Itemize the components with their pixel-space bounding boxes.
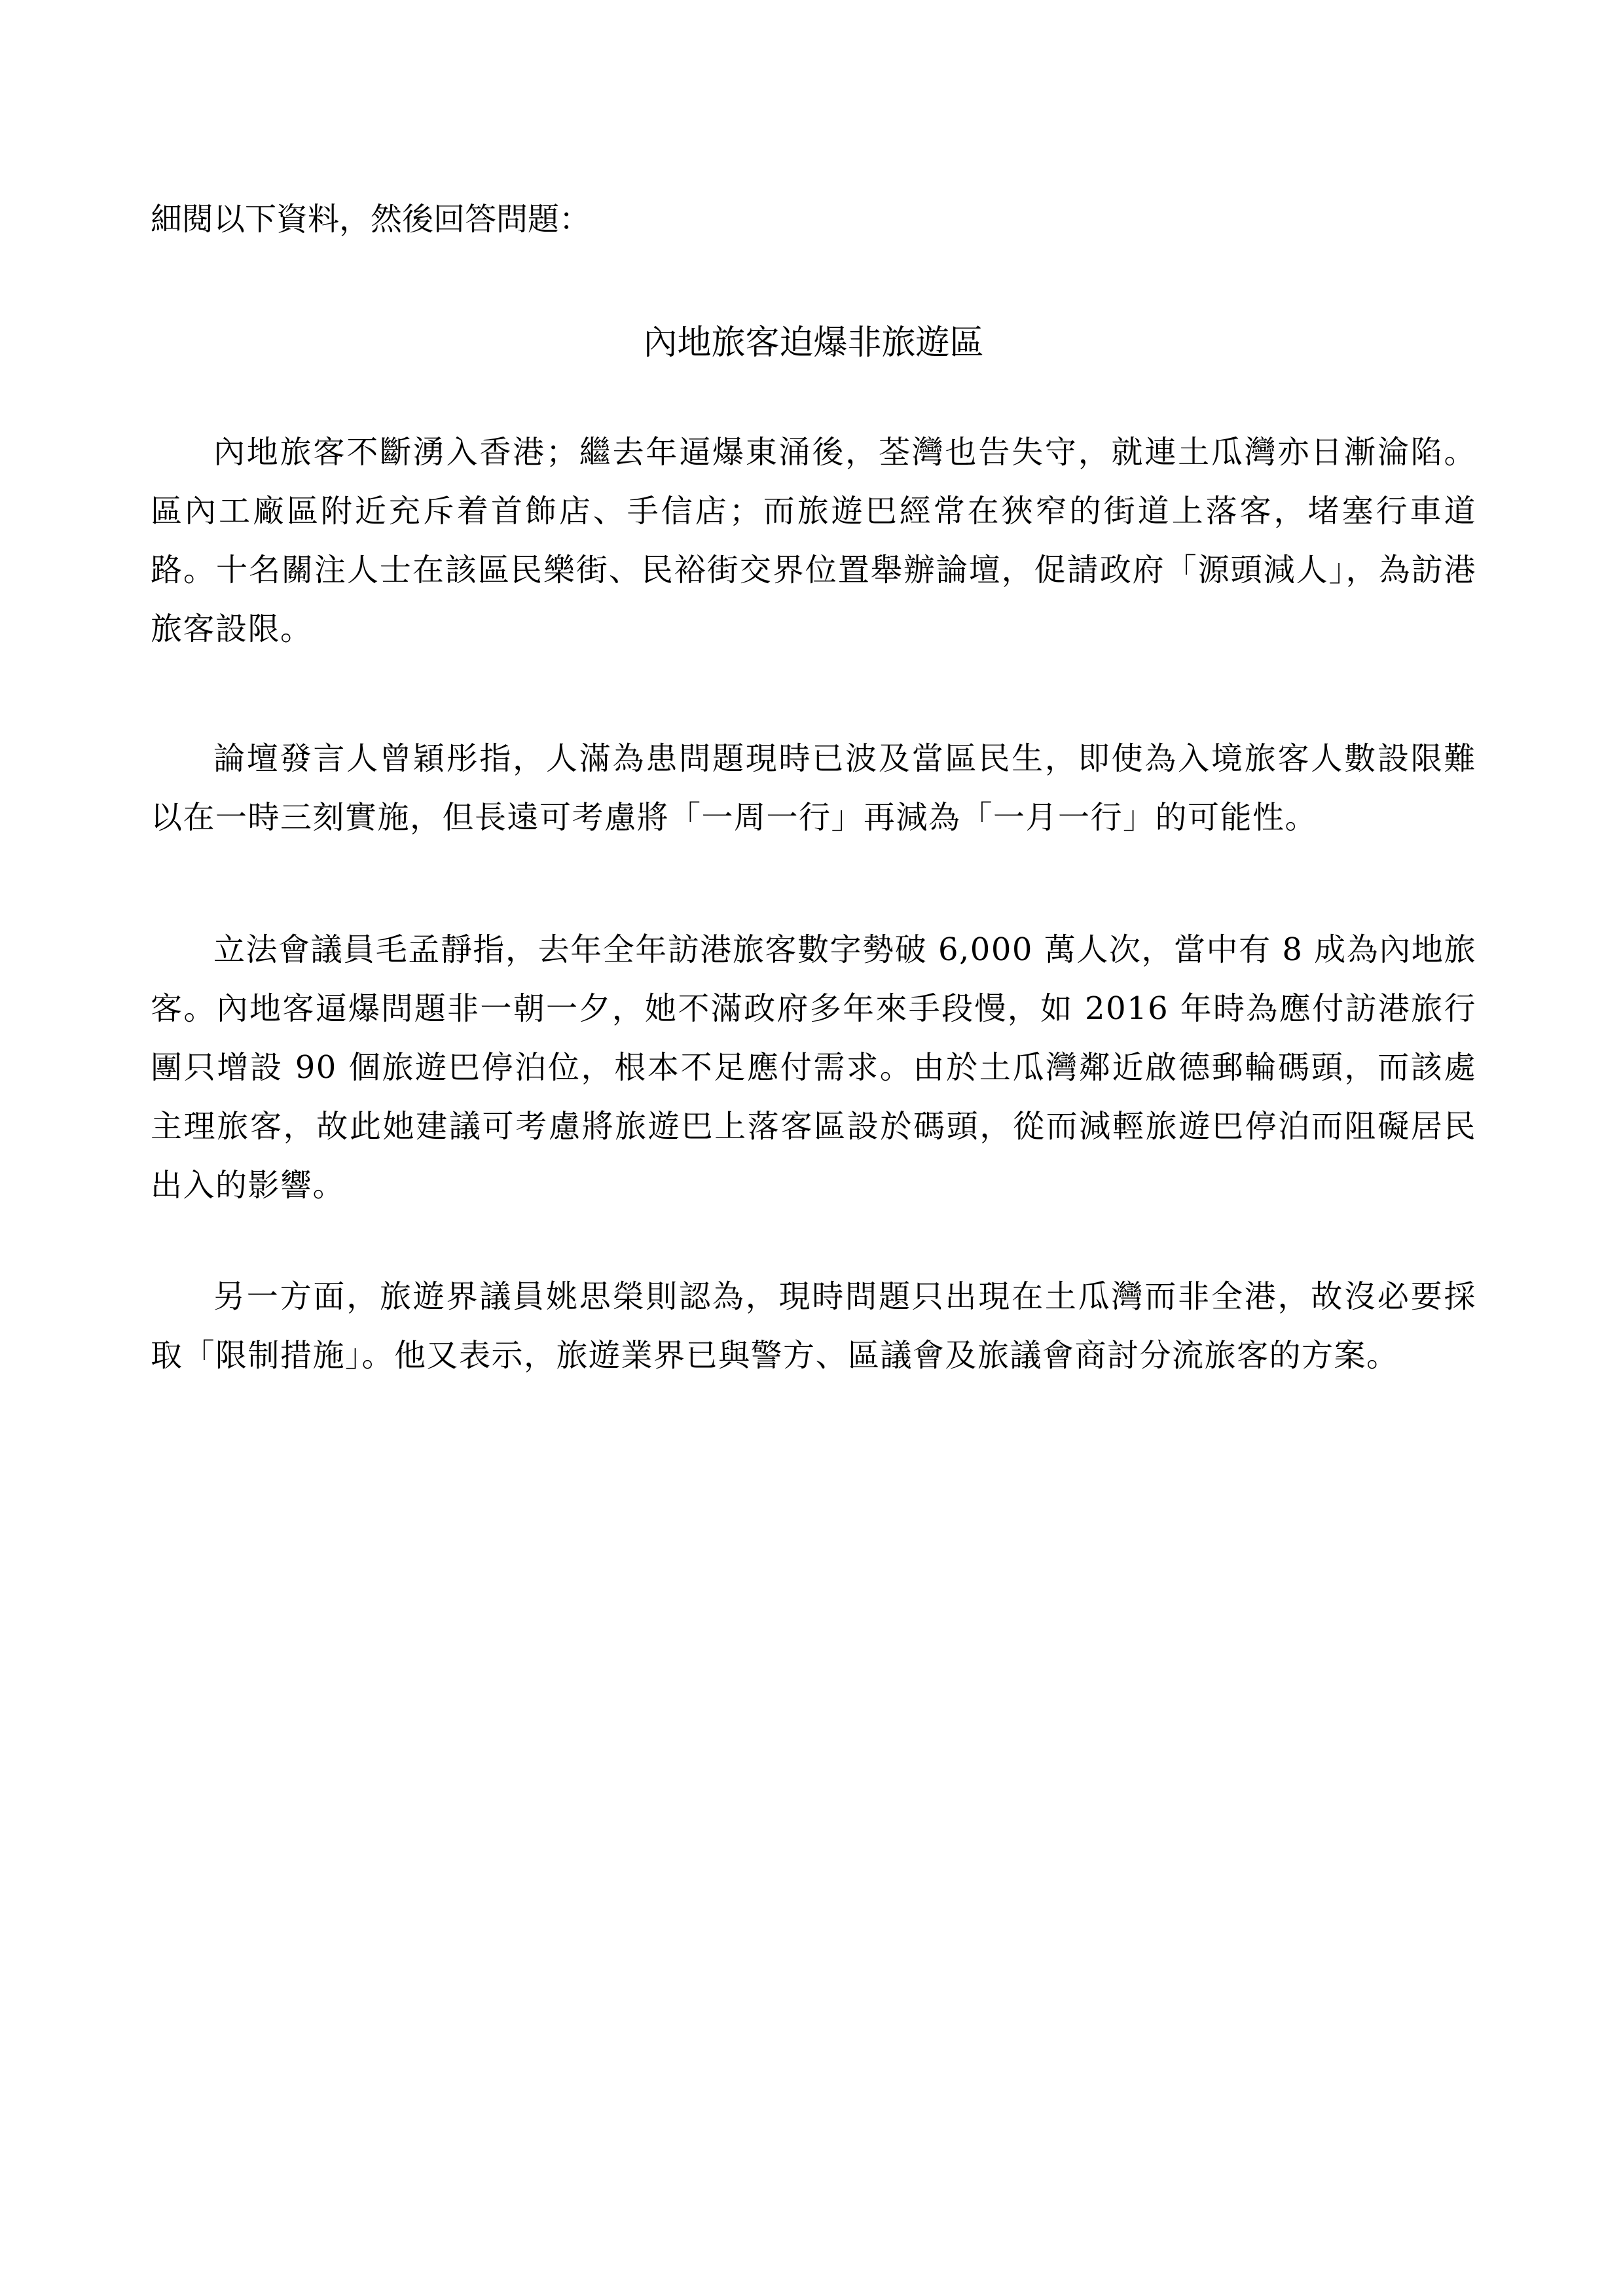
article-paragraph-2: 論壇發言人曾穎彤指，人滿為患問題現時已波及當區民生，即使為入境旅客人數設限難以在…	[151, 729, 1476, 847]
article-paragraph-3: 立法會議員毛孟靜指，去年全年訪港旅客數字勢破 6,000 萬人次，當中有 8 成…	[151, 920, 1476, 1215]
article-paragraph-4: 另一方面，旅遊界議員姚思榮則認為，現時問題只出現在土瓜灣而非全港，故沒必要採取「…	[151, 1267, 1476, 1385]
article-title: 內地旅客迫爆非旅遊區	[151, 322, 1476, 364]
article-paragraph-1: 內地旅客不斷湧入香港；繼去年逼爆東涌後，荃灣也告失守，就連土瓜灣亦日漸淪陷。區內…	[151, 423, 1476, 658]
instruction-text: 細閱以下資料，然後回答問題：	[151, 200, 591, 239]
